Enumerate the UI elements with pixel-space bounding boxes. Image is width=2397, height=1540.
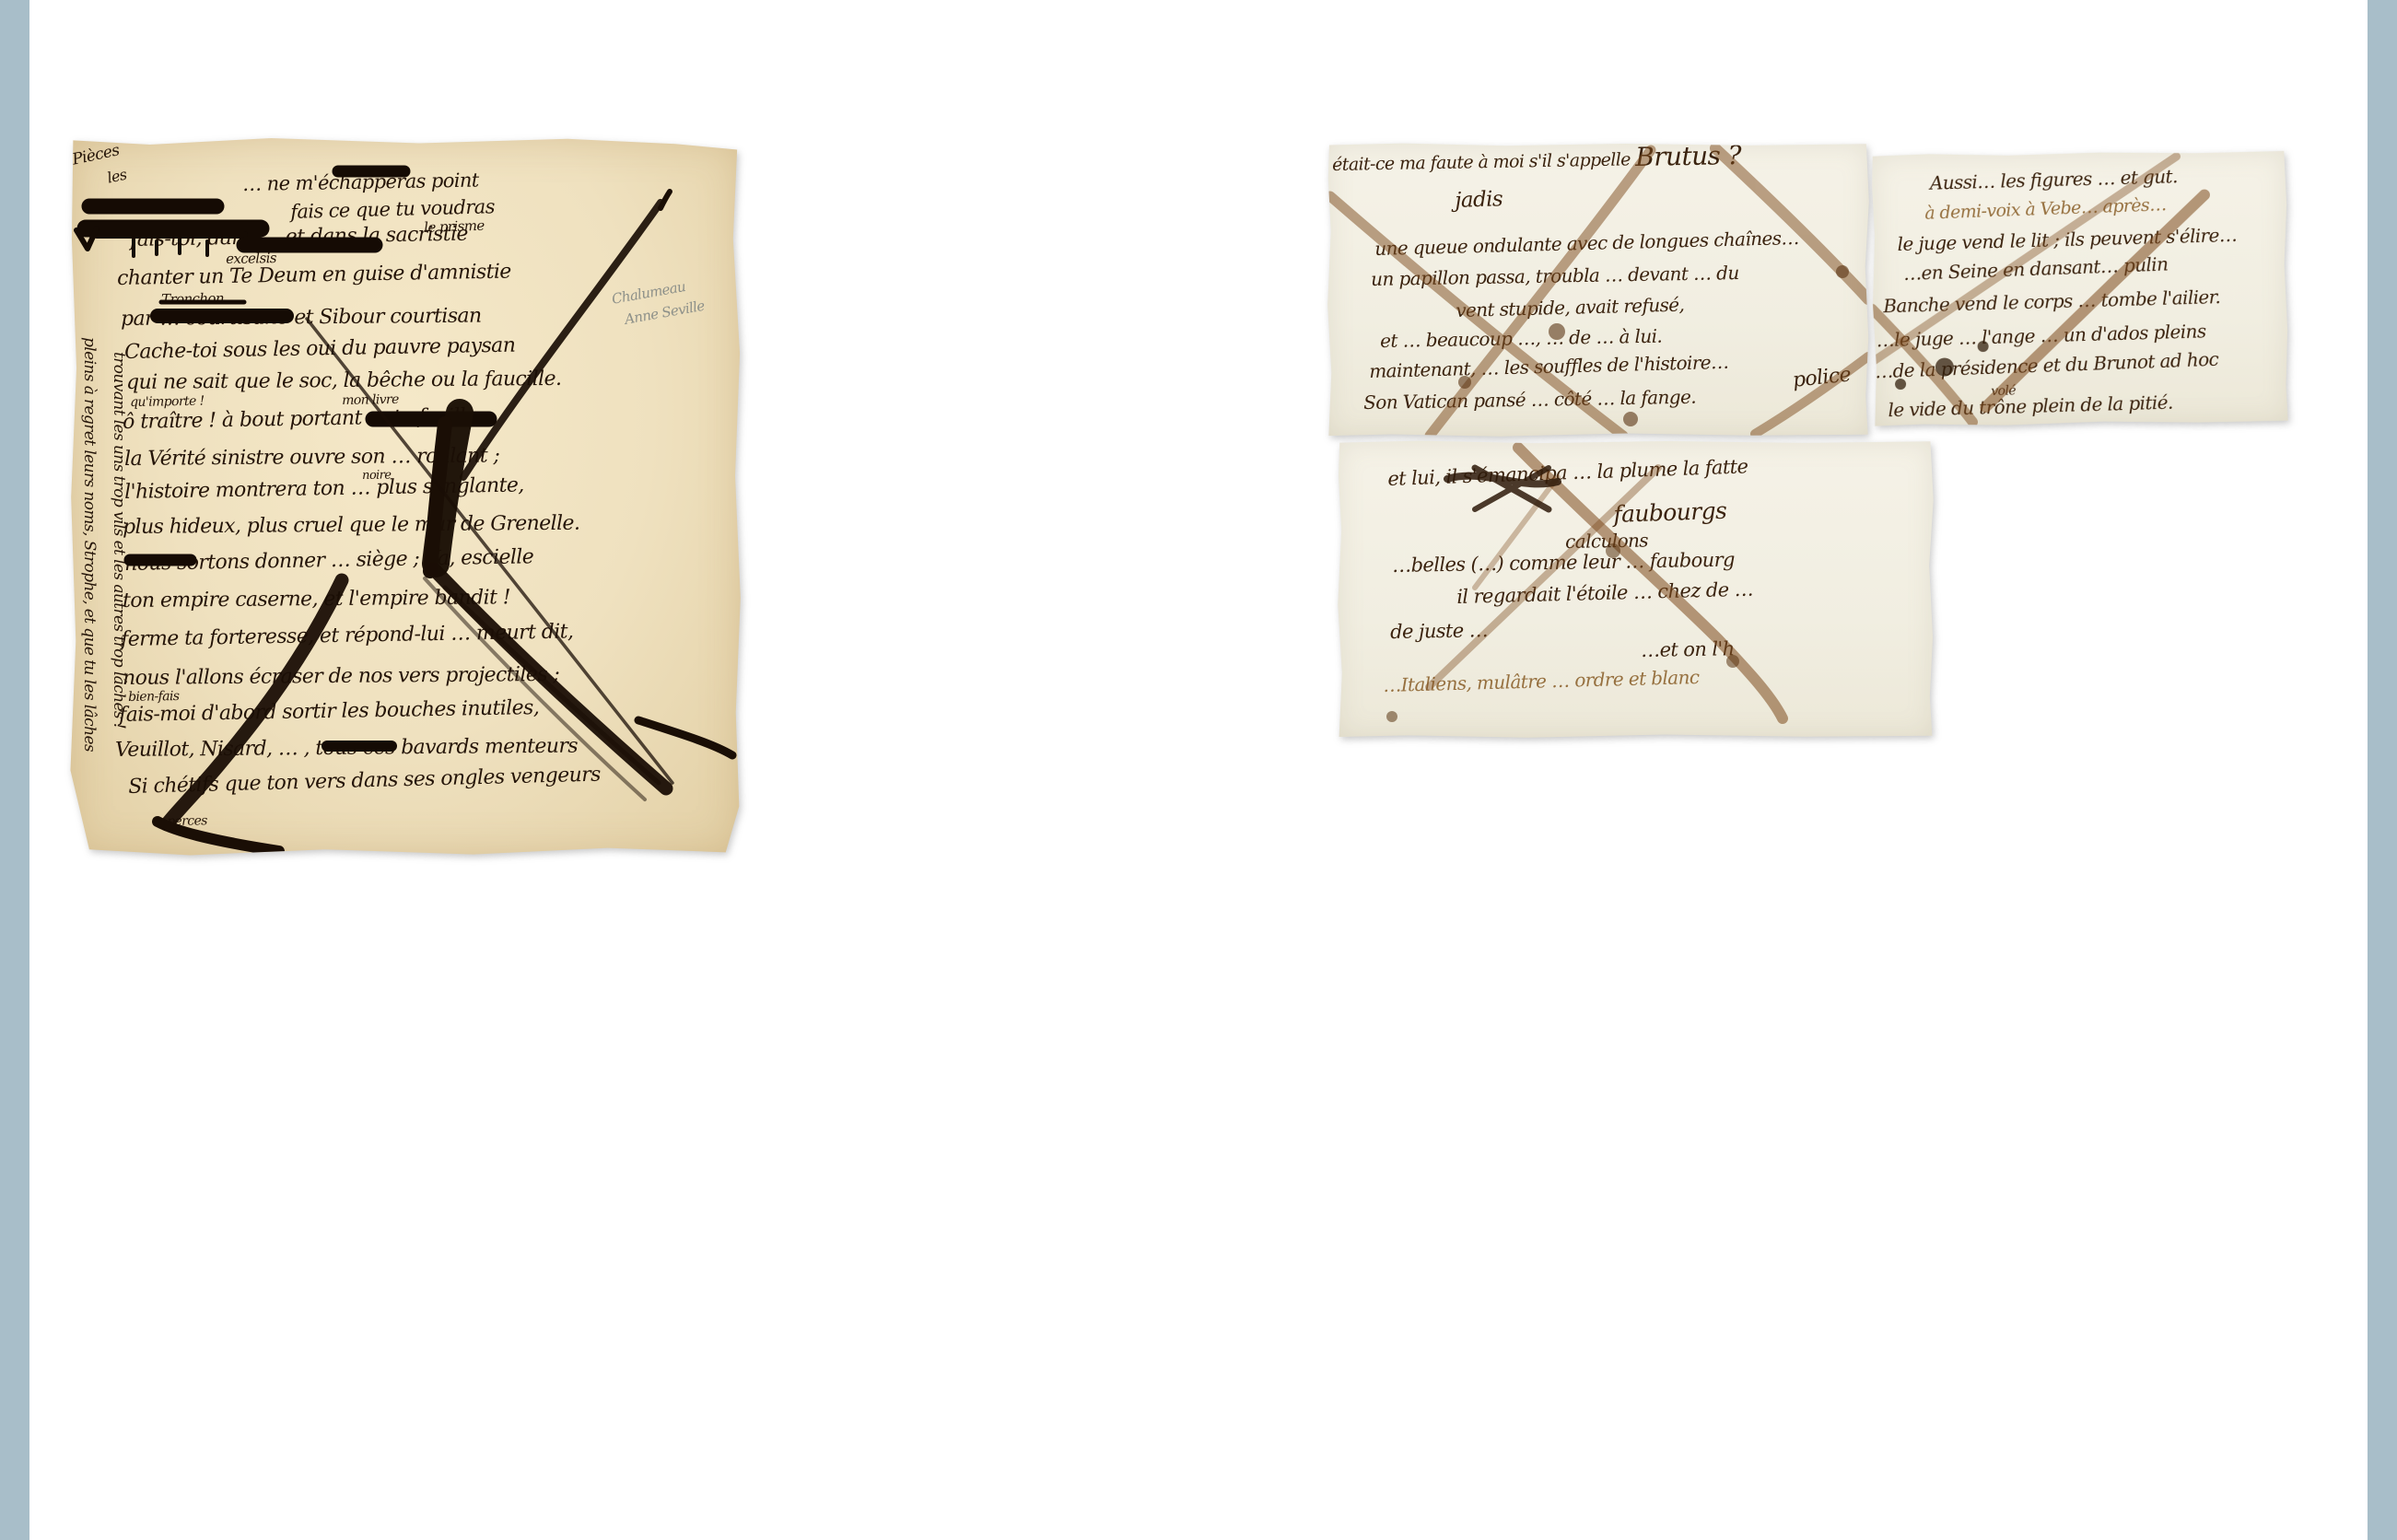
ink-blot: [1623, 412, 1638, 426]
fragment-line: à demi-voix à Vebe… après…: [1924, 196, 2167, 223]
fragment-line: calculons: [1565, 531, 1648, 551]
poem-line: l'histoire montrera ton … plus sanglante…: [124, 475, 524, 503]
fragment-line: Aussi… les figures … et gut.: [1930, 167, 2178, 192]
fragment-line: une queue ondulante avec de longues chaî…: [1374, 228, 1799, 258]
insert-word: mon livre: [342, 393, 399, 407]
poem-line: Cache-toi sous les oui du pauvre paysan: [124, 336, 515, 363]
poem-line: Si chétifs que ton vers dans ses ongles …: [128, 765, 601, 798]
scribble-mark: [76, 228, 97, 249]
fragment-line: faubourgs: [1613, 499, 1727, 526]
insert-word: qu'importe !: [130, 395, 205, 409]
fragment-line: …belles (…) comme leur … faubourg: [1392, 551, 1735, 576]
fragment-top-left: était-ce ma faute à moi s'il s'appelle B…: [1327, 143, 1870, 437]
poem-line: par … courtisane et Sibour courtisan: [121, 307, 482, 330]
insert-word: bien-fais: [128, 690, 180, 704]
ink-blot: [1386, 711, 1397, 722]
corner-note: les: [106, 168, 128, 186]
poem-line: Veuillot, Nisard, … , tous ces bavards m…: [115, 737, 578, 761]
poem-line: nous l'allons écraser de nos vers projec…: [123, 665, 559, 689]
insert-word: Tronchon: [161, 292, 224, 307]
poem-line: ferme ta forteresse, et répond-lui … meu…: [121, 622, 573, 650]
fragment-paper: et lui, il s'émancipa … la plume la fatt…: [1337, 440, 1935, 739]
fragment-line: …de la présidence et du Brunot ad hoc: [1875, 350, 2219, 381]
poem-line: plus hideux, plus cruel que le mur de Gr…: [123, 514, 579, 538]
poem-line: fais-toi, dans … et dans la sacristie: [130, 225, 468, 251]
auction-photograph: { "page": { "background": "#ffffff", "si…: [0, 0, 2397, 1540]
insert-word: noire: [362, 469, 391, 482]
fragment-paper: était-ce ma faute à moi s'il s'appelle B…: [1327, 143, 1870, 437]
fragment-line: …et on l'h: [1641, 639, 1735, 660]
corner-note: Pièces: [71, 143, 121, 168]
fragment-paper: Aussi… les figures … et gut. à demi-voix…: [1870, 150, 2289, 428]
fragment-line: et lui, il s'émancipa … la plume la fatt…: [1387, 457, 1748, 489]
insert-word: excelsis: [226, 251, 276, 266]
fragment-line: …en Seine en dansant… pulin: [1903, 254, 2169, 283]
fragment-line: il regardait l'étoile … chez de …: [1456, 580, 1753, 607]
fragment-line: …le juge … l'ange … un d'ados pleins: [1876, 321, 2205, 349]
fragment-line: jadis: [1455, 189, 1503, 212]
fragment-line: Brutus ?: [1635, 143, 1741, 170]
fragment-line: de juste …: [1390, 621, 1488, 642]
poem-line: ô traître ! à bout portant … te fusille …: [123, 406, 489, 433]
fragment-bottom: et lui, il s'émancipa … la plume la fatt…: [1337, 440, 1935, 739]
poem-line: … ne m'échapperas point: [242, 171, 479, 194]
fragment-top-right: Aussi… les figures … et gut. à demi-voix…: [1870, 150, 2289, 428]
margin-note: pleins à regret leurs noms, Strophe, et …: [81, 337, 97, 752]
right-edge-bar: [2368, 0, 2397, 1540]
insert-word: le prisme: [424, 219, 485, 235]
fragment-line: vent stupide, avait refusé,: [1456, 296, 1684, 320]
ink-blot: [1836, 265, 1849, 278]
poem-line: ton empire caserne, et l'empire bandit !: [123, 588, 510, 612]
poem-line: chanter un Te Deum en guise d'amnistie: [117, 262, 511, 289]
fragment-line: un papillon passa, troubla … devant … du: [1371, 263, 1739, 288]
left-manuscript-paper: Pièces les … ne m'échapperas point fais …: [69, 138, 742, 857]
poem-line: nous sortons donner … siège ; Va, esciel…: [124, 547, 533, 575]
poem-line: la Vérité sinistre ouvre son … roulant ;: [124, 446, 499, 470]
fragment-line: maintenant, … les souffles de l'histoire…: [1369, 353, 1729, 380]
ink-slash: [638, 720, 732, 755]
fragment-line: Banche vend le corps … tombe l'ailier.: [1883, 287, 2220, 315]
fragment-line: et … beaucoup …, … de … à lui.: [1380, 327, 1662, 350]
fragment-line: était-ce ma faute à moi s'il s'appelle: [1332, 151, 1631, 174]
left-manuscript-leaf: Pièces les … ne m'échapperas point fais …: [69, 138, 742, 857]
ink-slash: [661, 192, 670, 208]
insert-word: perces: [167, 814, 207, 828]
left-edge-bar: [0, 0, 29, 1540]
fragment-line: police: [1792, 365, 1852, 391]
fragment-line: le vide du trône plein de la pitié.: [1888, 393, 2173, 420]
fragment-line: Son Vatican pansé … côté … la fange.: [1363, 388, 1696, 412]
margin-note: trouvant les uns trop vils et les autres…: [111, 352, 126, 729]
poem-line: fais-moi d'abord sortir les bouches inut…: [119, 698, 539, 726]
fragment-line: …Italiens, mulâtre … ordre et blanc: [1383, 668, 1700, 694]
poem-line: qui ne sait que le soc, la bêche ou la f…: [126, 369, 561, 393]
fragment-line: le juge vend le lit ; ils peuvent s'élir…: [1897, 226, 2237, 253]
